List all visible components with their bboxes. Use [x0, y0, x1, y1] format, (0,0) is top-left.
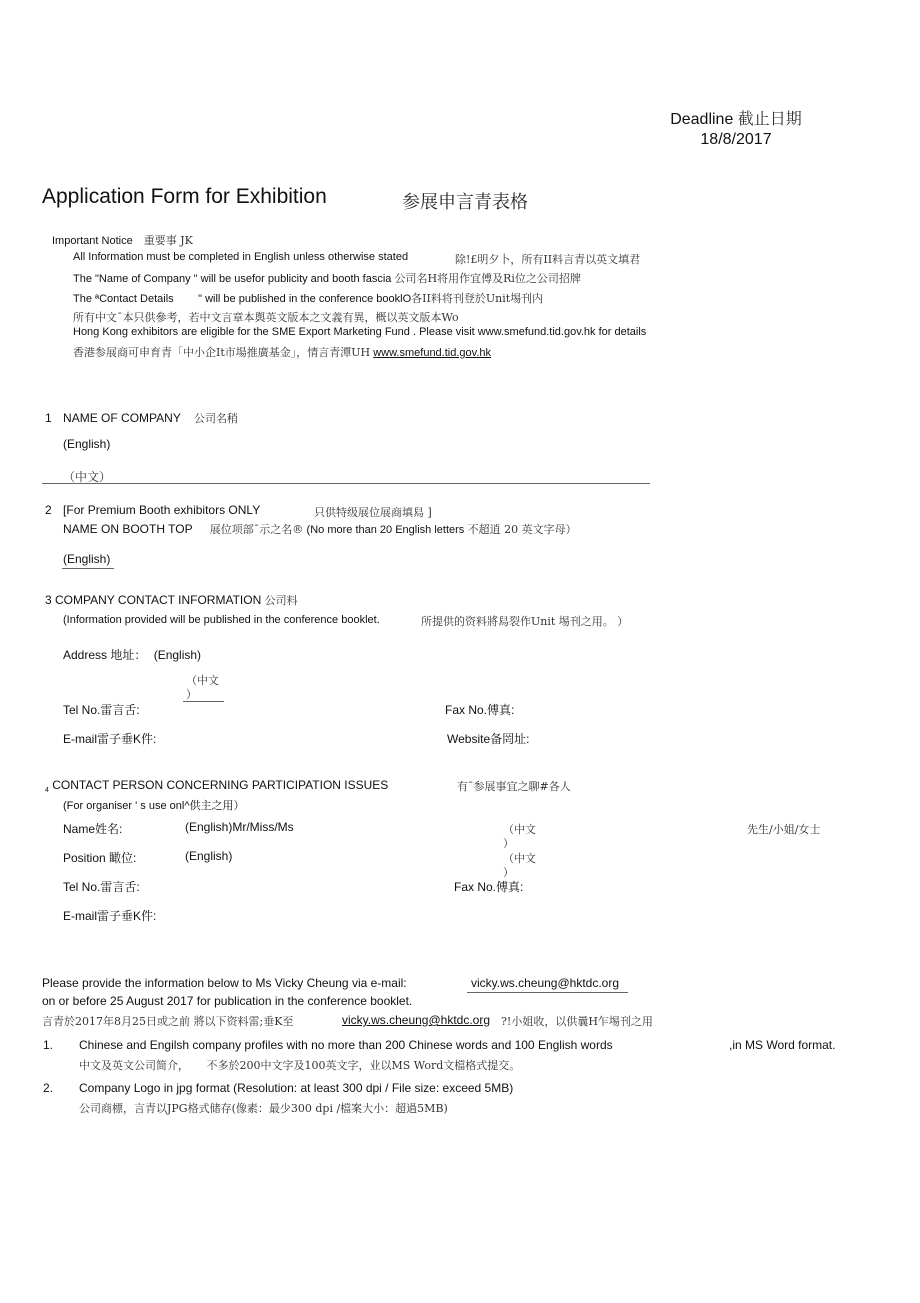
section-1-heading: 1 NAME OF COMPANY 公司名稍 — [45, 410, 238, 426]
section-2-limit-note-cjk: 不超逍 20 英文字母） — [468, 523, 577, 536]
requirement-1-text: Chinese and Engilsh company profiles wit… — [79, 1038, 613, 1052]
section-1-title-cjk: 公司名稍 — [194, 412, 238, 425]
deadline-date: 18/8/2017 — [666, 131, 806, 149]
address-english-label[interactable]: (English) — [154, 648, 201, 662]
section-2-line-2: NAME ON BOOTH TOP 展位项部ˉ示之名® (No more tha… — [63, 521, 577, 537]
section-4-number: 4 — [45, 787, 49, 794]
section-2-limit-note: (No more than 20 English letters — [307, 524, 465, 536]
requirement-1-cjk: 中文及英文公司简介， 不多於200中文字及100英文字，业以MS Word文檔格… — [79, 1057, 520, 1073]
section-2-premium-note-cjk: 只供特级展位展商填舄 ] — [314, 504, 432, 520]
contact-email-label: E-mail雷子垂K件: — [63, 907, 156, 924]
section-2-premium-note: [For Premium Booth exhibitors ONLY — [63, 503, 260, 517]
notice-heading: Important Notice 重要事 JK — [52, 232, 193, 248]
section-3-note-cjk: 所提供的资料將舄裂作Unit 埸刊之用。 ） — [421, 613, 628, 629]
notice-line-6: 香港参展商可申育青「中小企It市場推廣基金」，情言青潭UH www.smefun… — [73, 344, 491, 360]
section-3-heading: 3 COMPANY CONTACT INFORMATION 公司料 — [45, 592, 298, 608]
address-row: Address 地址： (English) — [63, 646, 201, 663]
contact-position-english[interactable]: (English) — [185, 849, 232, 863]
submission-line-3-cjk: 言青於2017年8月25日或之前 將以下资料雷;垂K至 — [42, 1015, 293, 1028]
requirement-2-cjk: 公司商標，言青以JPG格式储存(像素：最少300 dpi /檔案大小：超過5MB… — [79, 1100, 448, 1116]
company-website-label: Website备罔址: — [447, 730, 529, 747]
contact-position-label: Position 瞰位: — [63, 849, 136, 866]
submission-email-underline — [467, 992, 628, 993]
notice-line-1-cjk: 除!£明夕卜，所有II料言青以英文填君 — [455, 251, 640, 267]
notice-line-1-en: All Information must be completed in Eng… — [73, 251, 408, 263]
booth-name-english-field[interactable] — [62, 568, 114, 569]
submission-line-1: Please provide the information below to … — [42, 976, 407, 990]
smefund-link[interactable]: www.smefund.tid.gov.hk — [373, 347, 491, 359]
submission-email-link[interactable]: vicky.ws.cheung@hktdc.org — [471, 976, 619, 990]
notice-line-6-cjk: 香港参展商可申育青「中小企It市場推廣基金」，情言青潭UH — [73, 346, 370, 359]
section-3-title: 3 COMPANY CONTACT INFORMATION — [45, 593, 261, 607]
page-title: Application Form for Exhibition — [42, 185, 327, 209]
section-2-number: 2 — [45, 503, 52, 517]
address-chinese-close: ） — [186, 686, 197, 702]
page-title-cjk: 参展申言青表格 — [402, 188, 528, 214]
submission-line-3-email[interactable]: vicky.ws.cheung@hktdc.org — [342, 1013, 490, 1027]
address-label: Address 地址： — [63, 648, 146, 662]
section-1-title: NAME OF COMPANY — [63, 411, 181, 425]
section-2-title-cjk: 展位项部ˉ示之名® — [210, 523, 304, 536]
deadline-label-cjk: 截止日期 — [738, 109, 802, 128]
contact-fax-label: Fax No.傅真: — [454, 878, 523, 895]
notice-line-2-en: The "Name of Company " will be usefor pu… — [73, 273, 391, 285]
section-4-heading: 4 CONTACT PERSON CONCERNING PARTICIPATIO… — [45, 778, 388, 794]
notice-line-5: Hong Kong exhibitors are eligible for th… — [73, 326, 646, 338]
deadline-label-row: Deadline 截止日期 — [666, 106, 806, 129]
requirement-2-text: Company Logo in jpg format (Resolution: … — [79, 1081, 513, 1095]
address-chinese-field[interactable] — [183, 701, 224, 702]
section-3-title-cjk: 公司料 — [265, 594, 298, 607]
requirement-2-number: 2. — [43, 1081, 53, 1095]
contact-name-english[interactable]: (English)Mr/Miss/Ms — [185, 820, 294, 834]
company-name-english-label: (English) — [63, 437, 110, 451]
notice-line-3-cjk: 各II料将刊登於Unit埸刊内 — [411, 292, 543, 305]
deadline-block: Deadline 截止日期 18/8/2017 — [666, 106, 806, 149]
deadline-label: Deadline — [670, 111, 733, 128]
company-tel-label: Tel No.雷言舌: — [63, 701, 140, 718]
notice-line-2: The "Name of Company " will be usefor pu… — [73, 270, 581, 286]
notice-heading-cjk: 重要事 JK — [144, 234, 193, 247]
section-4-title-cjk: 有ˉ参展事宜之聊#各人 — [457, 778, 571, 794]
contact-tel-label: Tel No.雷言舌: — [63, 878, 140, 895]
section-1-number: 1 — [45, 411, 52, 425]
notice-heading-label: Important Notice — [52, 235, 133, 247]
contact-name-label: Name姓名: — [63, 820, 122, 837]
requirement-1-number: 1. — [43, 1038, 53, 1052]
contact-name-chinese-close: ） — [503, 835, 514, 851]
notice-line-4: 所有中文ˉ本只供參考，若中文言章本舆英文版本之文義有異，概以英文版本Wo — [73, 309, 459, 325]
section-2-line-1: 2 [For Premium Booth exhibitors ONLY — [45, 503, 260, 517]
booth-name-english-label: (English) — [63, 552, 110, 566]
submission-line-3: 言青於2017年8月25日或之前 將以下资料雷;垂K至 — [42, 1013, 293, 1029]
submission-line-3-tail: ?!小姐收，以供曩H乍埸刊之用 — [501, 1013, 653, 1029]
company-fax-label: Fax No.傅真: — [445, 701, 514, 718]
notice-line-3-en: The ªContact Details " will be published… — [73, 293, 411, 305]
requirement-1-tail: ,in MS Word format. — [729, 1038, 835, 1052]
submission-line-2: on or before 25 August 2017 for publicat… — [42, 994, 412, 1008]
section-2-title: NAME ON BOOTH TOP — [63, 522, 192, 536]
company-name-chinese-field[interactable] — [42, 483, 650, 484]
notice-line-2-cjk: 公司名H将用作宜傅及Ri位之公司招牌 — [394, 272, 580, 285]
notice-line-1: All Information must be completed in Eng… — [73, 251, 408, 263]
section-4-note: (For organiser ' s use onl^供主之用） — [63, 797, 244, 813]
notice-line-3: The ªContact Details " will be published… — [73, 290, 543, 306]
contact-honorifics-cjk: 先生/小姐/女士 — [747, 821, 820, 837]
company-email-label: E-mail雷子垂K件: — [63, 730, 156, 747]
section-4-title: CONTACT PERSON CONCERNING PARTICIPATION … — [52, 778, 388, 792]
section-3-note: (Information provided will be published … — [63, 614, 380, 626]
